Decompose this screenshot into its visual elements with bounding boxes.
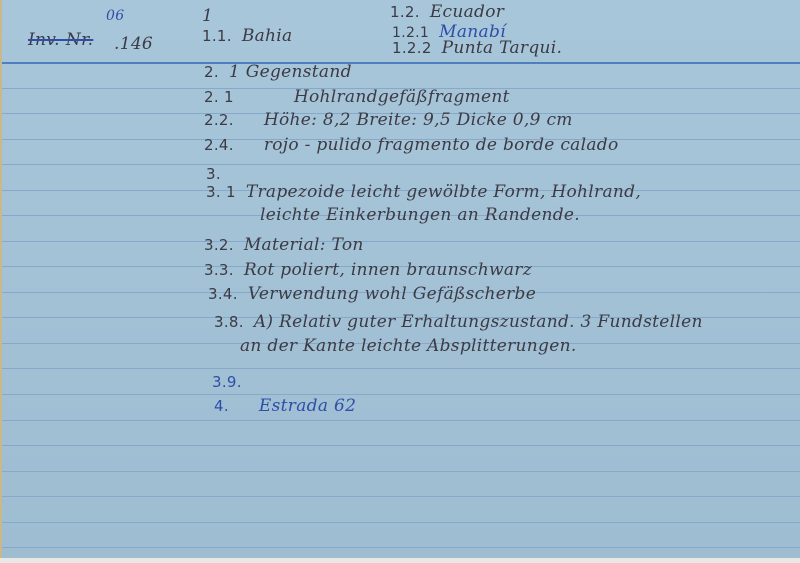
entry-2-1: 2. 1Hohlrandgefäßfragment [204, 87, 510, 107]
entry-3-4: 3.4.Verwendung wohl Gefäßscherbe [208, 284, 536, 304]
entry-3-8-cont: an der Kante leichte Absplitterungen. [240, 336, 577, 356]
rule-line [2, 547, 800, 548]
entry-2: 2.1 Gegenstand [204, 62, 352, 82]
rule-line [2, 420, 800, 421]
entry-3-3: 3.3.Rot poliert, innen braunschwarz [204, 260, 532, 280]
entry-3-9: 3.9. [212, 372, 252, 392]
rule-line [2, 496, 800, 497]
item-1-2-2: 1.2.2Punta Tarqui. [392, 38, 562, 58]
entry-3: 3. [206, 164, 231, 184]
entry-3-1-cont: leichte Einkerbungen an Randende. [260, 205, 580, 225]
rule-line [2, 471, 800, 472]
inventory-number: .146 [114, 34, 153, 54]
item-1-1: 1.1.Bahia [202, 26, 292, 46]
header-rule [2, 62, 800, 64]
rule-line [2, 394, 800, 395]
rule-line [2, 368, 800, 369]
inventory-label-struck: Inv.-Nr. [28, 30, 93, 50]
rule-line [2, 241, 800, 242]
entry-3-8: 3.8.A) Relativ guter Erhaltungszustand. … [214, 312, 703, 332]
rule-line [2, 522, 800, 523]
index-card: 06 Inv.-Nr. .146 1 1.1.Bahia 1.2.Ecuador… [0, 0, 800, 558]
inventory-prefix: 06 [106, 8, 124, 24]
entry-4: 4.Estrada 62 [214, 396, 356, 416]
item-1-2: 1.2.Ecuador [390, 2, 504, 22]
entry-2-2: 2.2.Höhe: 8,2 Breite: 9,5 Dicke 0,9 cm [204, 110, 573, 130]
entry-3-1: 3. 1Trapezoide leicht gewölbte Form, Hoh… [206, 182, 641, 202]
rule-line [2, 164, 800, 165]
section-1-label: 1 [202, 6, 213, 26]
entry-3-2: 3.2.Material: Ton [204, 235, 364, 255]
rule-line [2, 445, 800, 446]
entry-2-4: 2.4.rojo - pulido fragmento de borde cal… [204, 135, 619, 155]
